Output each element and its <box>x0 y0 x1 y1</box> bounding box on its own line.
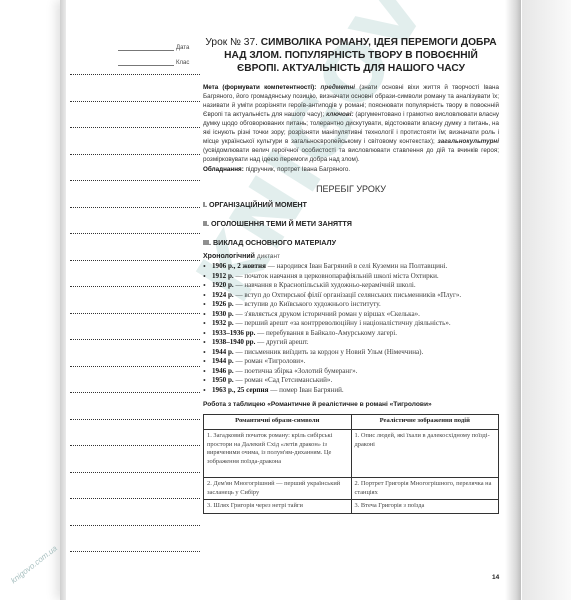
table-row: 1. Загадковий початок роману: кріль сибі… <box>204 430 499 478</box>
chronology-event: — вступ до Охтирської філії організації … <box>234 291 462 299</box>
chronology-item: 1932 р. — перший арешт «за контрреволюці… <box>203 319 499 329</box>
chronology-item: 1963 р., 25 серпня — помер Іван Багряний… <box>203 386 499 396</box>
chronology-event: — другий арешт. <box>255 338 308 346</box>
note-line[interactable] <box>70 74 200 75</box>
page-edge-shadow <box>60 0 66 600</box>
table-cell: 1. Опис людей, які їхали в далекосхідном… <box>351 430 499 478</box>
stage-2: II. ОГОЛОШЕННЯ ТЕМИ Й МЕТИ ЗАНЯТТЯ <box>203 219 499 228</box>
chronology-item: 1933–1936 рр. — перебування в Байкало-Ам… <box>203 329 499 339</box>
equipment-text: підручник, портрет Івана Багряного. <box>246 166 351 173</box>
table-title: Робота з таблицею «Романтичне й реалісти… <box>203 401 499 408</box>
date-line <box>118 42 174 51</box>
note-line[interactable] <box>70 180 200 181</box>
class-field[interactable]: Клас <box>118 57 189 66</box>
chronology-event: — з'являється друком історичний роман у … <box>234 310 420 318</box>
chronology-date: 1946 р. <box>212 367 234 375</box>
note-line[interactable] <box>70 525 200 526</box>
class-line <box>118 57 174 66</box>
chronology-event: — помер Іван Багряний. <box>268 386 343 394</box>
note-line[interactable] <box>70 101 200 102</box>
chronology-date: 1938–1940 рр. <box>212 338 255 346</box>
table-row: 2. Дем'ян Многогрішний — перший українсь… <box>204 478 499 500</box>
background-right <box>521 0 571 600</box>
date-field[interactable]: Дата <box>118 42 189 51</box>
chronology-item: 1920 р. — навчання в Краснопільській худ… <box>203 281 499 291</box>
chronology-list: 1906 р., 2 жовтня — народився Іван Багря… <box>203 262 499 395</box>
note-line[interactable] <box>70 313 200 314</box>
stage-3: III. ВИКЛАД ОСНОВНОГО МАТЕРІАЛУ <box>203 238 499 247</box>
note-line[interactable] <box>70 207 200 208</box>
chronology-event: — вступив до Київського художнього інсти… <box>234 300 381 308</box>
general-competence-label: загальнокультурні <box>438 138 500 145</box>
chronology-date: 1944 р. <box>212 357 234 365</box>
note-line[interactable] <box>70 472 200 473</box>
note-line[interactable] <box>70 286 200 287</box>
chronology-event: — народився Іван Багряний в селі Куземин… <box>266 262 447 270</box>
chronology-item: 1924 р. — вступ до Охтирської філії орга… <box>203 291 499 301</box>
table-header-romantic: Романтичні образи-символи <box>204 415 352 430</box>
chronology-heading: Хронологічний диктант <box>203 253 499 260</box>
chronology-event: — поетична збірка «Золотий бумеранг». <box>234 367 358 375</box>
lesson-content: Урок № 37. СИМВОЛІКА РОМАНУ, ІДЕЯ ПЕРЕМО… <box>203 36 499 514</box>
note-line[interactable] <box>70 233 200 234</box>
chronology-date: 1932 р. <box>212 319 234 327</box>
chronology-date: 1920 р. <box>212 281 234 289</box>
chronology-item: 1950 р. — роман «Сад Гетсиманський». <box>203 376 499 386</box>
lesson-title: Урок № 37. СИМВОЛІКА РОМАНУ, ІДЕЯ ПЕРЕМО… <box>203 36 499 75</box>
chronology-item: 1906 р., 2 жовтня — народився Іван Багря… <box>203 262 499 272</box>
chronology-item: 1930 р. — з'являється друком історичний … <box>203 310 499 320</box>
note-line[interactable] <box>70 154 200 155</box>
chronology-date: 1912 р. <box>212 272 234 280</box>
chronology-date: 1963 р., 25 серпня <box>212 386 268 394</box>
note-line[interactable] <box>70 551 200 552</box>
note-line[interactable] <box>70 498 200 499</box>
chronology-item: 1946 р. — поетична збірка «Золотий бумер… <box>203 367 499 377</box>
chronology-date: 1926 р. <box>212 300 234 308</box>
stage-1: I. ОРГАНІЗАЦІЙНИЙ МОМЕНТ <box>203 200 499 209</box>
chronology-event: — перебування в Байкало-Амурському лагер… <box>255 329 397 337</box>
chronology-date: 1906 р., 2 жовтня <box>212 262 266 270</box>
note-line[interactable] <box>70 339 200 340</box>
romantic-realistic-table: Романтичні образи-символи Реалістичне зо… <box>203 414 499 514</box>
chronology-item: 1926 р. — вступив до Київського художньо… <box>203 300 499 310</box>
equipment: Обладнання: підручник, портрет Івана Баг… <box>203 165 499 174</box>
chronology-event: — початок навчання в церковнопарафіяльні… <box>234 272 439 280</box>
chronology-date: 1930 р. <box>212 310 234 318</box>
chronology-item: 1944 р. — письменник виїздить за кордон … <box>203 348 499 358</box>
chronology-event: — навчання в Краснопільській художньо-ке… <box>234 281 416 289</box>
general-competence-text: (усвідомлювати велич героїчної особистос… <box>203 147 499 163</box>
chronology-date: 1950 р. <box>212 376 234 384</box>
chronology-date: 1924 р. <box>212 291 234 299</box>
chronology-event: — перший арешт «за контрреволюційну і на… <box>234 319 451 327</box>
page-spine-shadow <box>505 0 521 600</box>
table-cell: 2. Дем'ян Многогрішний — перший українсь… <box>204 478 352 500</box>
note-line[interactable] <box>70 127 200 128</box>
chronology-event: — роман «Тигролови». <box>234 357 306 365</box>
table-cell: 3. Втеча Григорія з поїзда <box>351 500 499 514</box>
key-competence-label: ключові: <box>326 111 353 118</box>
chronology-date: 1944 р. <box>212 348 234 356</box>
chronology-item: 1912 р. — початок навчання в церковнопар… <box>203 272 499 282</box>
table-header-realistic: Реалістичне зображення подій <box>351 415 499 430</box>
course-heading: ПЕРЕБІГ УРОКУ <box>203 184 499 194</box>
date-label: Дата <box>176 45 189 51</box>
equipment-label: Обладнання: <box>203 166 244 173</box>
note-line[interactable] <box>70 392 200 393</box>
note-line[interactable] <box>70 260 200 261</box>
table-row: 3. Шлях Григорія через нетрі тайги 3. Вт… <box>204 500 499 514</box>
chronology-event: — письменник виїздить за кордон у Новий … <box>234 348 424 356</box>
chronology-date: 1933–1936 рр. <box>212 329 255 337</box>
chronology-item: 1938–1940 рр. — другий арешт. <box>203 338 499 348</box>
chronology-heading-rest: диктант <box>257 253 280 260</box>
table-cell: 2. Портрет Григорія Многогрішного, перел… <box>351 478 499 500</box>
note-line[interactable] <box>70 366 200 367</box>
chronology-heading-bold: Хронологічний <box>203 253 255 260</box>
class-label: Клас <box>176 60 189 66</box>
goal-label: Мета (формувати компетентності): <box>203 84 316 91</box>
subject-competence-label: предметні <box>321 84 355 91</box>
site-watermark: knigovo.com.ua <box>9 544 59 586</box>
note-line[interactable] <box>70 445 200 446</box>
page-number: 14 <box>492 574 499 581</box>
table-cell: 3. Шлях Григорія через нетрі тайги <box>204 500 352 514</box>
note-line[interactable] <box>70 419 200 420</box>
lesson-number: Урок № 37. <box>205 37 258 48</box>
lesson-topic: СИМВОЛІКА РОМАНУ, ІДЕЯ ПЕРЕМОГИ ДОБРА НА… <box>224 37 496 74</box>
chronology-event: — роман «Сад Гетсиманський». <box>234 376 333 384</box>
chronology-item: 1944 р. — роман «Тигролови». <box>203 357 499 367</box>
table-cell: 1. Загадковий початок роману: кріль сибі… <box>204 430 352 478</box>
lesson-goal: Мета (формувати компетентності): предмет… <box>203 83 499 164</box>
